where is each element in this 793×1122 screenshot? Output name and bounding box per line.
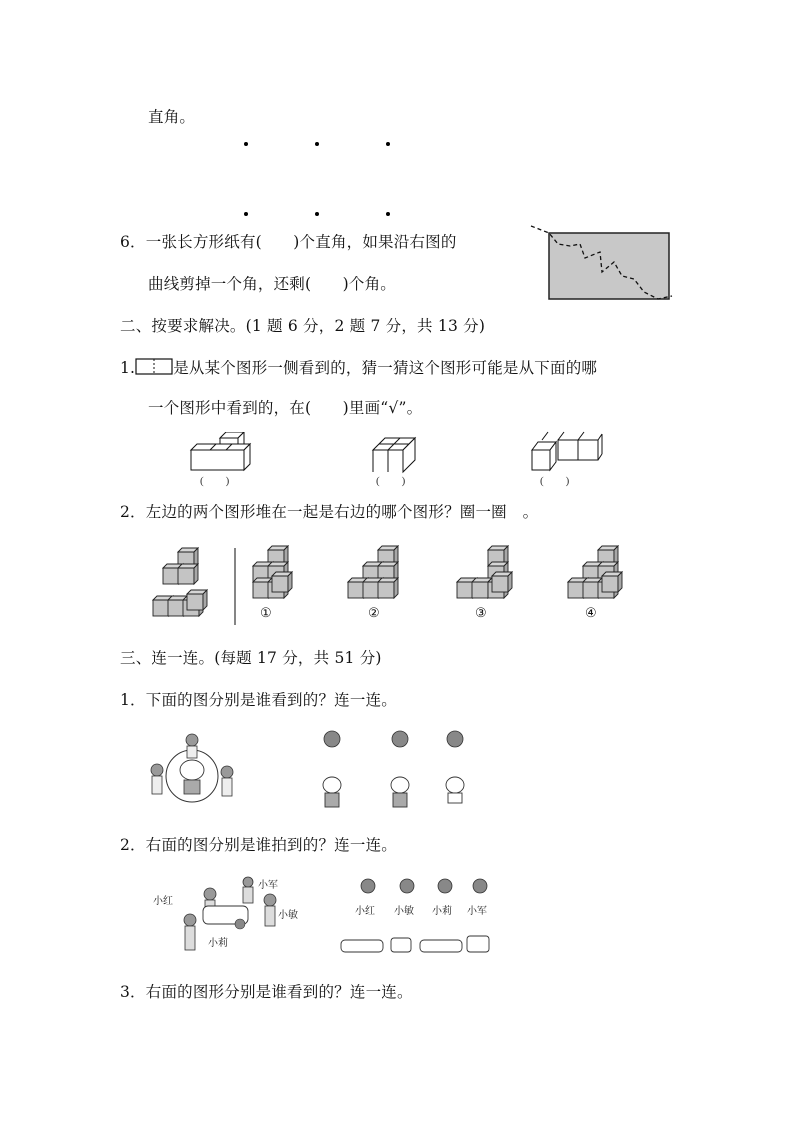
- block-figure-a: [188, 432, 258, 472]
- side-view-two-squares-icon: [135, 358, 173, 376]
- photo-scene-illustration: 小红 小军 小敏 小莉 小红 小敏 小莉 小军: [145, 872, 495, 962]
- answer-blank-c[interactable]: ( ): [540, 472, 569, 488]
- s2-q2-text: 2．左边的两个图形堆在一起是右边的哪个图形？圈一圈 。: [120, 502, 538, 522]
- section-two-heading: 二、按要求解决。(1 题 6 分，2 题 7 分，共 13 分): [120, 316, 485, 336]
- s2-q1-prefix: 1.: [120, 359, 135, 377]
- q5-continuation-text: 直角。: [148, 107, 195, 127]
- option-label-xiaojun: 小军: [467, 904, 487, 917]
- block-figure-b: [368, 432, 428, 474]
- scene-label-xiaoli: 小莉: [208, 936, 228, 949]
- grid-dot: [315, 212, 319, 216]
- q6-line1: 6．一张长方形纸有( )个直角，如果沿右图的: [120, 232, 457, 252]
- views-to-match-illustration: [310, 725, 480, 815]
- s2-q1-text: 是从某个图形一侧看到的，猜一猜这个图形可能是从下面的哪: [173, 359, 597, 377]
- children-around-pig-illustration: [145, 728, 240, 808]
- grid-dot: [244, 212, 248, 216]
- option-2-label[interactable]: ②: [368, 605, 380, 621]
- s3-q1-text: 1．下面的图分别是谁看到的？连一连。: [120, 690, 397, 710]
- option-3-label[interactable]: ③: [475, 605, 487, 621]
- option-label-xiaomin: 小敏: [394, 904, 414, 917]
- s2-q1-line1: 1.是从某个图形一侧看到的，猜一猜这个图形可能是从下面的哪: [120, 358, 597, 378]
- s3-q2-text: 2．右面的图分别是谁拍到的？连一连。: [120, 835, 397, 855]
- answer-blank-b[interactable]: ( ): [376, 472, 405, 488]
- grid-dot: [386, 212, 390, 216]
- s3-q3-text: 3．右面的图形分别是谁看到的？连一连。: [120, 982, 413, 1002]
- grid-dot: [244, 142, 248, 146]
- answer-blank-a[interactable]: ( ): [200, 472, 229, 488]
- scene-label-xiaohong: 小红: [153, 894, 173, 907]
- rectangle-cut-figure: [528, 224, 688, 306]
- grid-dot: [386, 142, 390, 146]
- q6-line2: 曲线剪掉一个角，还剩( )个角。: [148, 274, 396, 294]
- section-three-heading: 三、连一连。(每题 17 分，共 51 分): [120, 648, 382, 668]
- option-4-label[interactable]: ④: [585, 605, 597, 621]
- s2-q1-line2: 一个图形中看到的，在( )里画“√”。: [148, 398, 422, 418]
- option-1-label[interactable]: ①: [260, 605, 272, 621]
- scene-label-xiaojun: 小军: [258, 878, 278, 891]
- block-figure-c: [528, 430, 608, 472]
- scene-label-xiaomin: 小敏: [278, 908, 298, 921]
- option-label-xiaohong: 小红: [355, 904, 375, 917]
- option-label-xiaoli: 小莉: [432, 904, 452, 917]
- cube-stacks-figure: [150, 540, 630, 630]
- grid-dot: [315, 142, 319, 146]
